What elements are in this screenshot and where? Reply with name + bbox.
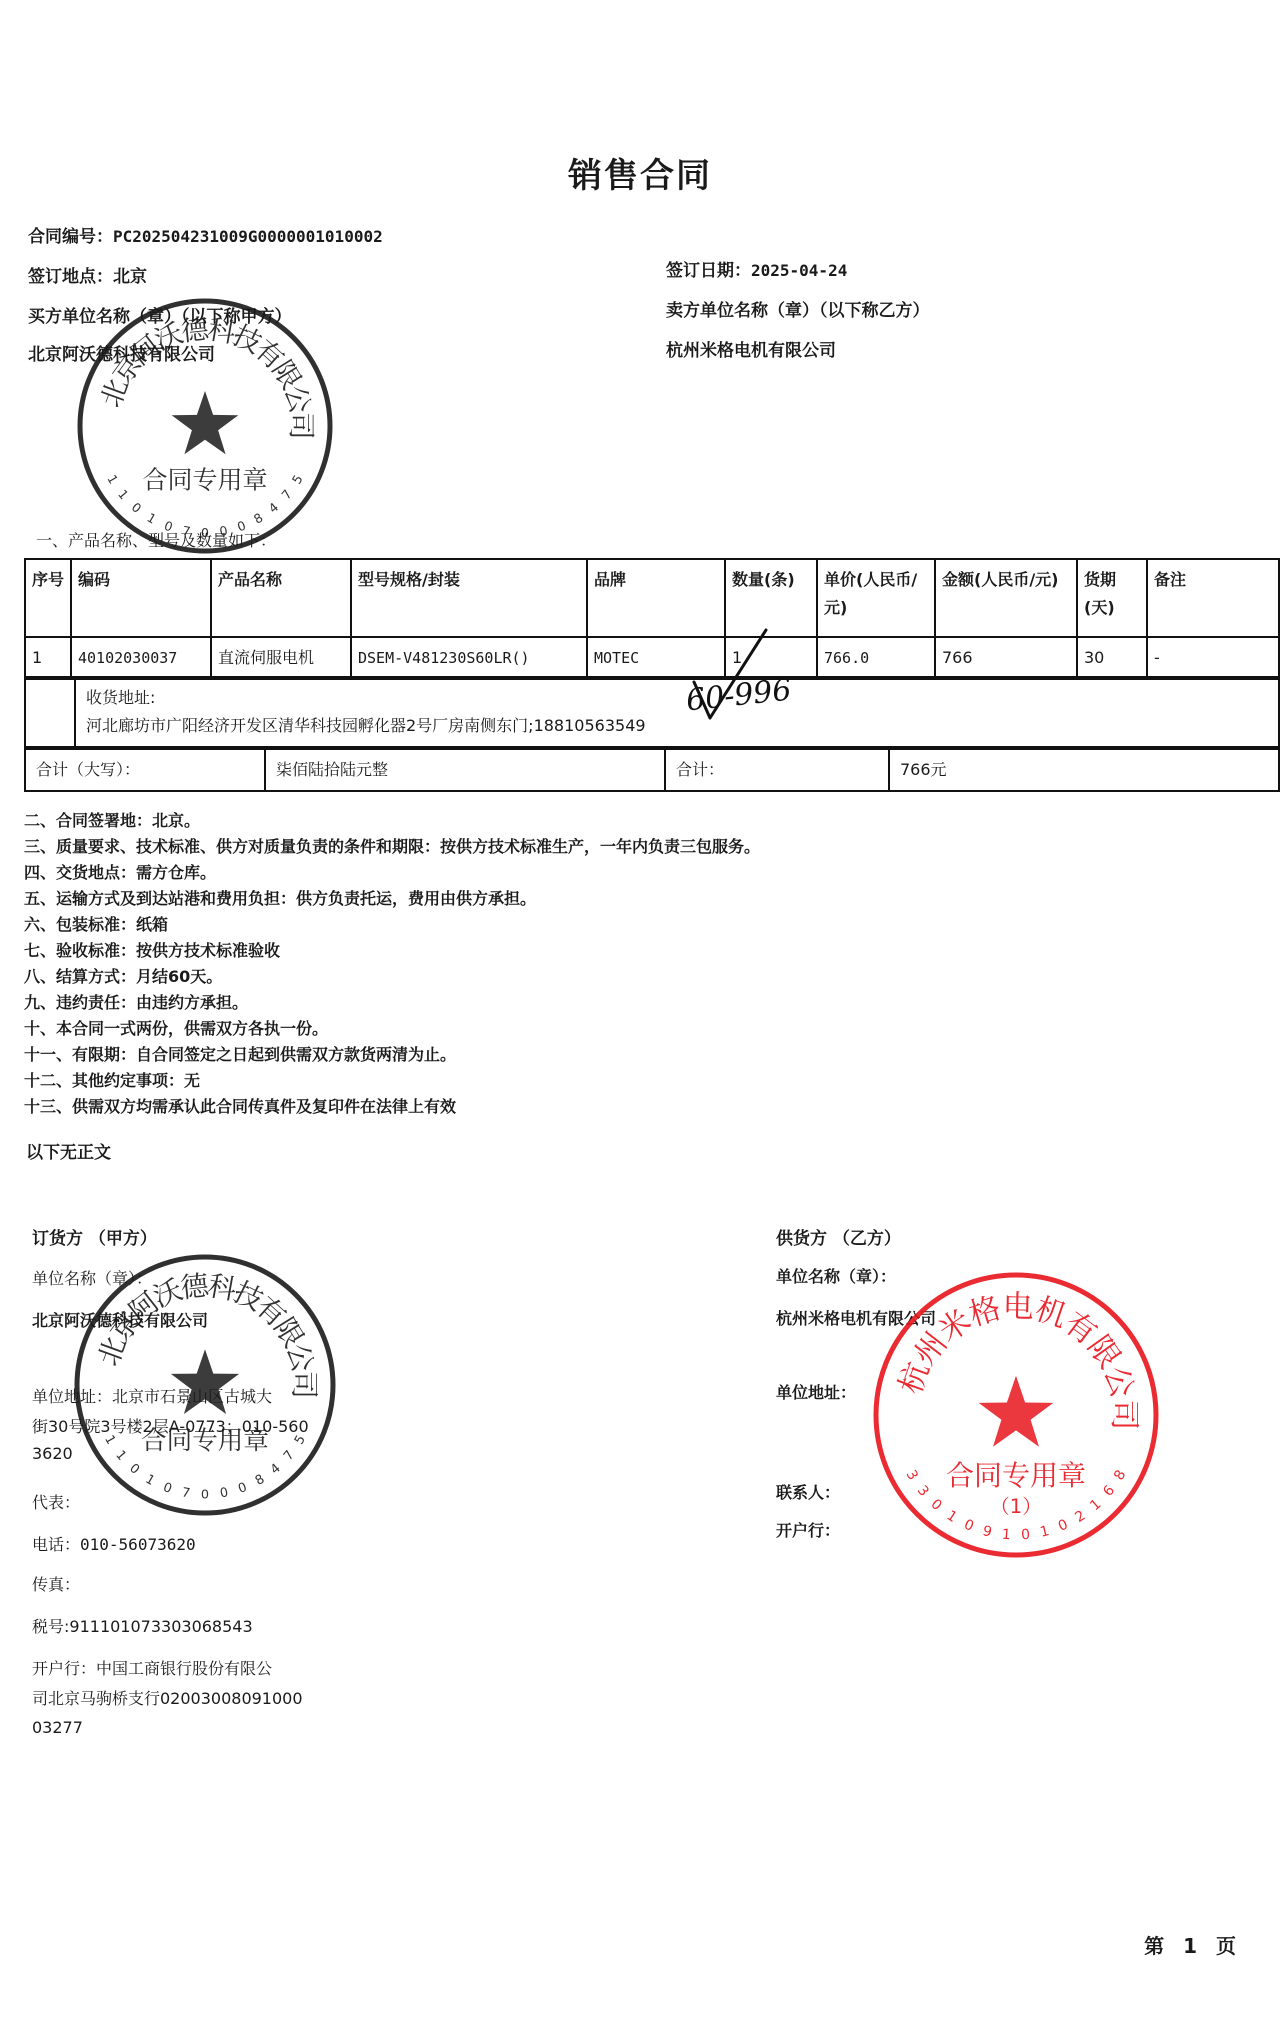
svg-text:7: 7 (281, 1448, 298, 1464)
svg-text:8: 8 (253, 1472, 268, 1489)
svg-text:0: 0 (162, 518, 175, 535)
svg-text:1: 1 (112, 1448, 129, 1464)
document-title: 销售合同 (0, 148, 1280, 197)
table-header-row: 序号 编码 产品名称 型号规格/封装 品牌 数量(条) 单价(人民币/元) 金额… (25, 559, 1279, 637)
cell-product-name: 直流伺服电机 (211, 637, 351, 679)
svg-text:0: 0 (218, 523, 228, 539)
header-code: 编码 (71, 559, 211, 637)
svg-text:1: 1 (1087, 1496, 1104, 1514)
svg-text:7: 7 (181, 1485, 192, 1501)
end-note: 以下无正文 (26, 1138, 111, 1163)
totals-table: 合计（大写）： 柒佰陆拾陆元整 合计： 766元 (24, 748, 1280, 792)
contract-number-label: 合同编号： (28, 227, 113, 247)
delivery-address: 河北廊坊市广阳经济开发区清华科技园孵化器2号厂房南侧东门;18810563549 (86, 712, 1268, 740)
svg-text:1: 1 (104, 472, 121, 486)
table-row: 1 40102030037 直流伺服电机 DSEM-V481230S60LR()… (25, 637, 1279, 679)
svg-text:1: 1 (944, 1508, 960, 1526)
svg-text:司: 司 (285, 412, 317, 440)
svg-text:0: 0 (161, 1480, 174, 1497)
buyer-tax-number: 911101073303068543 (69, 1617, 252, 1636)
delivery-address-label: 收货地址: (86, 684, 1268, 712)
svg-text:合同专用章: 合同专用章 (946, 1459, 1086, 1492)
svg-text:0: 0 (1021, 1527, 1031, 1544)
svg-text:4: 4 (268, 1461, 284, 1478)
svg-text:0: 0 (1056, 1517, 1070, 1535)
svg-text:1: 1 (101, 1433, 118, 1448)
contract-number: PC2025042310​09G0000001010002 (113, 227, 383, 246)
total-upper-label: 合计（大写）： (25, 749, 265, 791)
svg-text:司: 司 (1106, 1400, 1142, 1431)
svg-text:0: 0 (236, 1480, 249, 1497)
cell-amount: 766 (935, 637, 1077, 679)
delivery-address-cell: 收货地址: 河北廊坊市广阳经济开发区清华科技园孵化器2号厂房南侧东门;18810… (75, 677, 1279, 747)
svg-text:0: 0 (235, 518, 248, 535)
buyer-phone-row: 电话：010-56073620 (32, 1532, 196, 1555)
svg-text:1: 1 (145, 510, 159, 527)
svg-text:1: 1 (1001, 1527, 1011, 1544)
seller-sign-heading: 供货方 （乙方） (776, 1224, 901, 1249)
svg-text:合同专用章: 合同专用章 (142, 466, 267, 495)
svg-text:0: 0 (129, 499, 145, 516)
buyer-phone-label: 电话： (32, 1535, 80, 1554)
svg-text:1: 1 (143, 1472, 158, 1489)
svg-text:0: 0 (928, 1496, 945, 1514)
contract-number-row: 合同编号：PC2025042310​09G0000001010002 (28, 222, 383, 247)
total-value: 766元 (889, 749, 1279, 791)
cell-model: DSEM-V481230S60LR() (351, 637, 587, 679)
page-number: 第 1 页 (1144, 1930, 1242, 1959)
seller-address-label: 单位地址： (776, 1380, 856, 1403)
buyer-phone: 010-56073620 (80, 1535, 196, 1554)
header-no: 序号 (25, 559, 71, 637)
svg-text:0: 0 (962, 1517, 976, 1535)
seller-bank-label: 开户行： (776, 1518, 840, 1541)
header-unit-price: 单价(人民币/元) (817, 559, 935, 637)
clause-11: 十一、有限期：自合同签定之日起到供需双方款货两清为止。 (24, 1042, 456, 1065)
buyer-sign-heading: 订货方 （甲方） (32, 1224, 157, 1249)
header-amount: 金额(人民币/元) (935, 559, 1077, 637)
svg-text:0: 0 (219, 1485, 230, 1501)
cell-code: 40102030037 (71, 637, 211, 679)
clause-13: 十三、供需双方均需承认此合同传真件及复印件在法律上有效 (24, 1094, 456, 1117)
clause-7: 七、验收标准：按供方技术标准验收 (24, 938, 280, 961)
buyer-tax-label: 税号: (32, 1617, 69, 1636)
clause-12: 十二、其他约定事项：无 (24, 1068, 200, 1091)
delivery-address-table: 收货地址: 河北廊坊市广阳经济开发区清华科技园孵化器2号厂房南侧东门;18810… (24, 676, 1280, 748)
buyer-bank-line-3: 03277 (32, 1718, 83, 1737)
svg-text:电: 电 (1002, 1289, 1033, 1326)
seller-name: 杭州米格电机有限公司 (666, 336, 836, 361)
buyer-fax-label: 传真： (32, 1572, 80, 1595)
sign-place: 北京 (113, 267, 147, 287)
seller-contact-label: 联系人： (776, 1480, 840, 1503)
header-remark: 备注 (1147, 559, 1279, 637)
clause-4: 四、交货地点：需方仓库。 (24, 860, 216, 883)
total-upper-value: 柒佰陆拾陆元整 (265, 749, 665, 791)
svg-text:3: 3 (914, 1483, 932, 1500)
svg-text:司: 司 (287, 1371, 320, 1399)
svg-text:6: 6 (1100, 1483, 1118, 1500)
total-label: 合计： (665, 749, 889, 791)
svg-text:5: 5 (292, 1433, 309, 1448)
buyer-company-seal-icon: 北京阿沃德科技有限公司合同专用章1101070008475 (60, 296, 350, 556)
svg-text:0: 0 (201, 1488, 209, 1503)
sign-place-row: 签订地点：北京 (28, 262, 147, 287)
items-table: 序号 编码 产品名称 型号规格/封装 品牌 数量(条) 单价(人民币/元) 金额… (24, 558, 1280, 680)
svg-text:8: 8 (251, 510, 265, 527)
header-lead-time: 货期(天) (1077, 559, 1147, 637)
clause-8: 八、结算方式：月结60天。 (24, 964, 222, 987)
buyer-bank-line-1: 开户行：中国工商银行股份有限公 (32, 1656, 272, 1679)
clause-6: 六、包装标准：纸箱 (24, 912, 168, 935)
sign-date: 2025-04-24 (751, 261, 847, 280)
cell-unit-price: 766.0 (817, 637, 935, 679)
svg-text:0: 0 (126, 1461, 142, 1478)
svg-text:0: 0 (201, 525, 209, 540)
clause-5: 五、运输方式及到达站港和费用负担：供方负责托运，费用由供方承担。 (24, 886, 536, 909)
svg-text:2: 2 (1072, 1508, 1088, 1526)
seller-company-seal-icon: 杭州米格电机有限公司合同专用章（1）33010910102168 (868, 1270, 1164, 1560)
svg-text:8: 8 (1111, 1467, 1129, 1483)
svg-text:1: 1 (115, 487, 132, 503)
buyer-tax-row: 税号:911101073303068543 (32, 1614, 253, 1637)
clause-2: 二、合同签署地：北京。 (24, 808, 200, 831)
svg-text:（1）: （1） (990, 1495, 1042, 1518)
clause-3: 三、质量要求、技术标准、供方对质量负责的条件和期限：按供方技术标准生产，一年内负… (24, 834, 760, 857)
sign-date-row: 签订日期：2025-04-24 (666, 256, 847, 281)
seller-heading: 卖方单位名称（章）（以下称乙方） (666, 296, 930, 321)
svg-text:4: 4 (266, 499, 282, 516)
cell-remark: - (1147, 637, 1279, 679)
sign-date-label: 签订日期： (666, 261, 751, 281)
cell-no: 1 (25, 637, 71, 679)
svg-text:合同专用章: 合同专用章 (141, 1426, 269, 1456)
svg-text:9: 9 (981, 1523, 993, 1541)
address-spacer-cell (25, 677, 75, 747)
clause-9: 九、违约责任：由违约方承担。 (24, 990, 248, 1013)
svg-text:7: 7 (278, 487, 295, 503)
cell-lead-time: 30 (1077, 637, 1147, 679)
svg-text:1: 1 (1039, 1523, 1051, 1541)
buyer-company-seal-icon: 北京阿沃德科技有限公司合同专用章1101070008475 (60, 1250, 350, 1520)
svg-text:3: 3 (903, 1467, 921, 1483)
svg-text:7: 7 (181, 523, 191, 539)
sign-place-label: 签订地点： (28, 267, 113, 287)
clause-10: 十、本合同一式两份，供需双方各执一份。 (24, 1016, 328, 1039)
svg-text:5: 5 (289, 472, 306, 486)
buyer-bank-line-2: 司北京马驹桥支行02003008091000 (32, 1686, 303, 1709)
header-model: 型号规格/封装 (351, 559, 587, 637)
header-product-name: 产品名称 (211, 559, 351, 637)
